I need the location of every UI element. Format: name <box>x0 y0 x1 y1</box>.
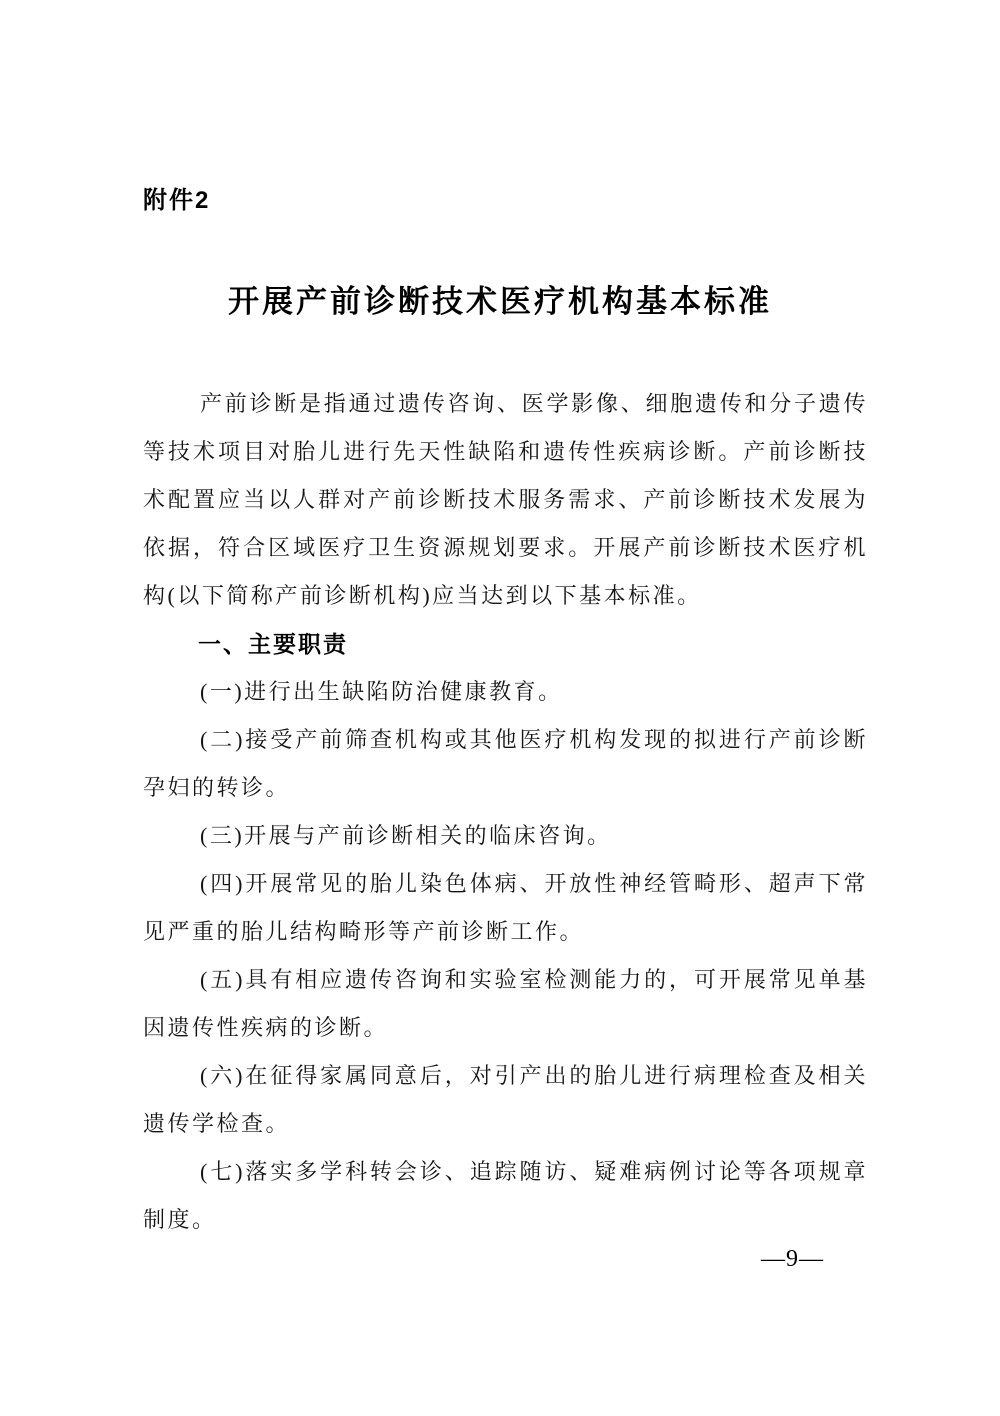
attachment-label: 附件2 <box>143 180 210 215</box>
duty-item: (六)在征得家属同意后，对引产出的胎儿进行病理检查及相关遗传学检查。 <box>143 1052 868 1148</box>
duty-item: (五)具有相应遗传咨询和实验室检测能力的，可开展常见单基因遗传性疾病的诊断。 <box>143 956 868 1052</box>
section-heading: 一、主要职责 <box>143 620 868 668</box>
intro-paragraph: 产前诊断是指通过遗传咨询、医学影像、细胞遗传和分子遗传等技术项目对胎儿进行先天性… <box>143 380 868 620</box>
document-page: 附件2 开展产前诊断技术医疗机构基本标准 产前诊断是指通过遗传咨询、医学影像、细… <box>0 0 1000 1416</box>
duty-item: (七)落实多学科转会诊、追踪随访、疑难病例讨论等各项规章制度。 <box>143 1148 868 1244</box>
document-body: 产前诊断是指通过遗传咨询、医学影像、细胞遗传和分子遗传等技术项目对胎儿进行先天性… <box>143 380 868 1244</box>
duty-item: (一)进行出生缺陷防治健康教育。 <box>143 668 868 716</box>
document-title: 开展产前诊断技术医疗机构基本标准 <box>0 276 1000 321</box>
duty-item: (二)接受产前筛查机构或其他医疗机构发现的拟进行产前诊断孕妇的转诊。 <box>143 716 868 812</box>
page-number: —9— <box>761 1246 824 1273</box>
duty-item: (四)开展常见的胎儿染色体病、开放性神经管畸形、超声下常见严重的胎儿结构畸形等产… <box>143 860 868 956</box>
duty-item: (三)开展与产前诊断相关的临床咨询。 <box>143 812 868 860</box>
